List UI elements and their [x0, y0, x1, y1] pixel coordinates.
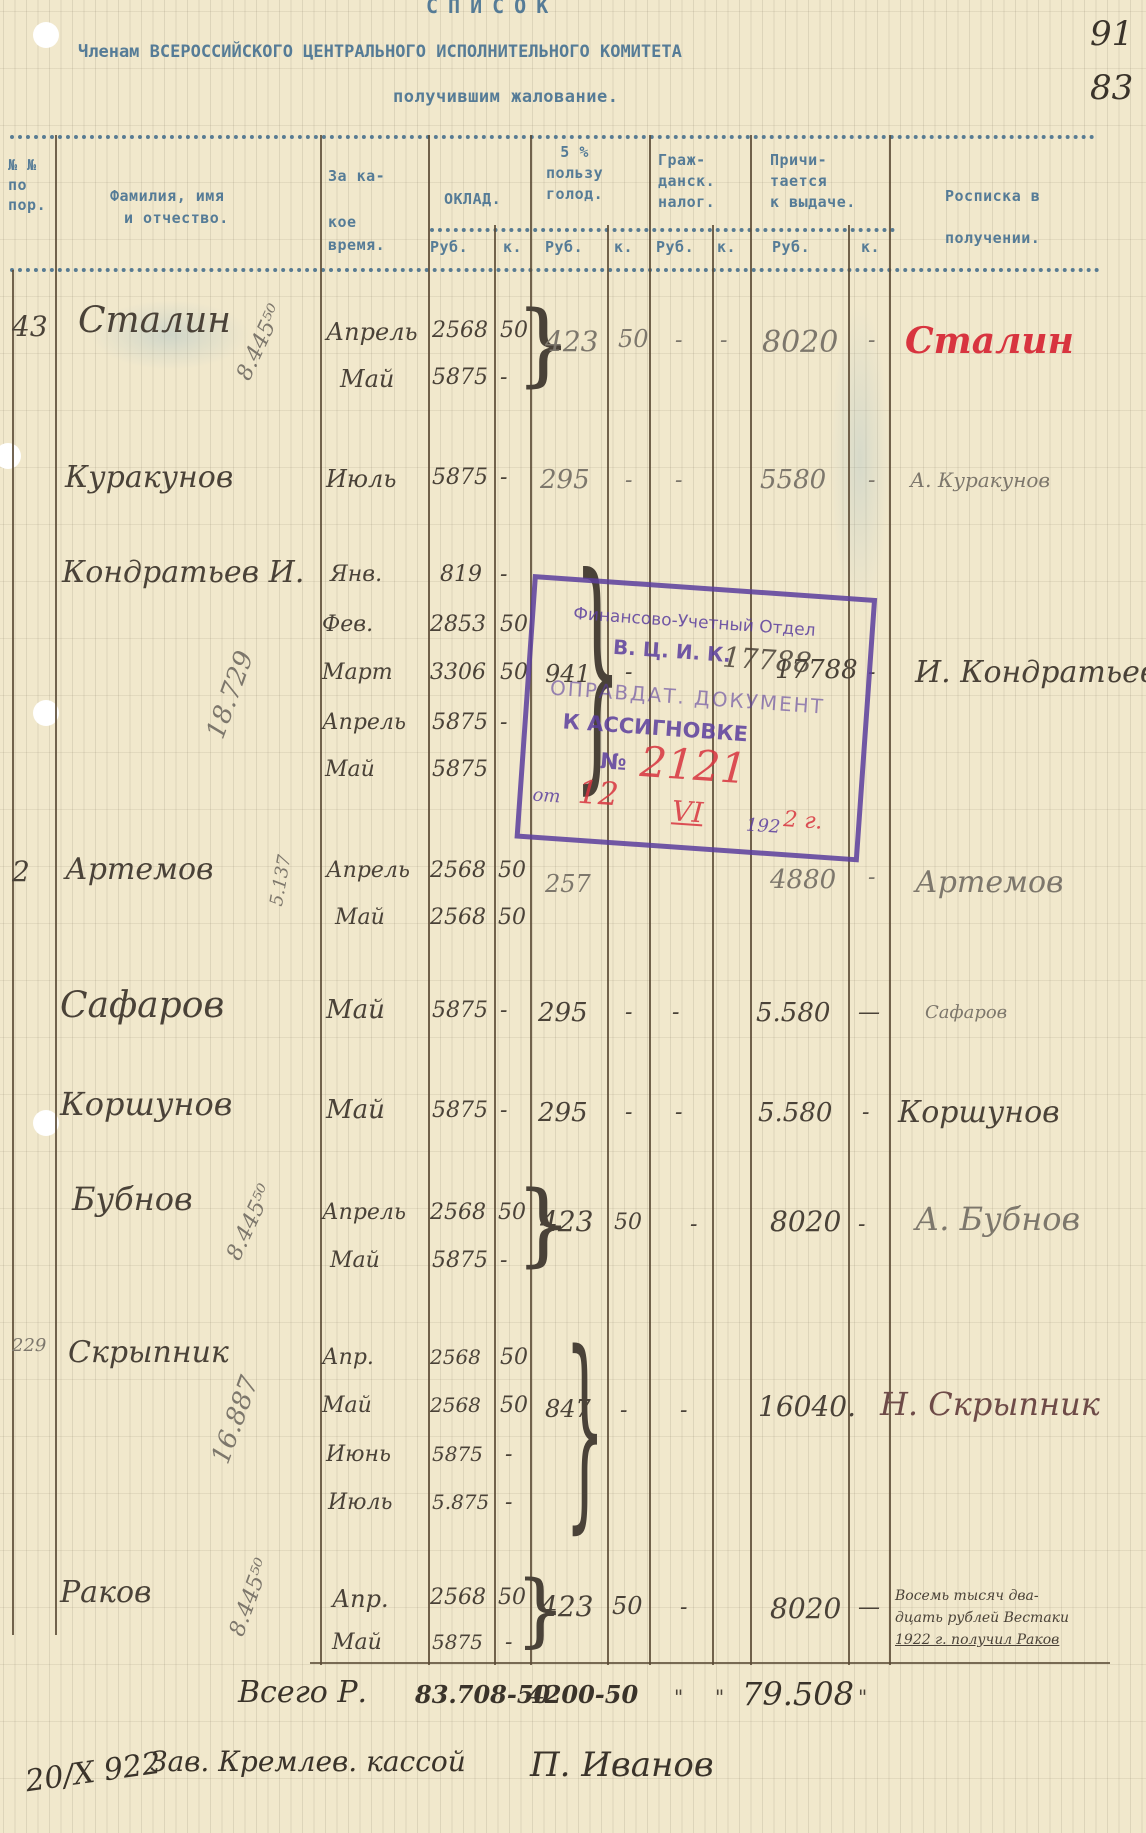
- receipt-signature: А. Бубнов: [915, 1200, 1080, 1238]
- payable-rub: 8020: [762, 325, 838, 360]
- salary-rub: 5875: [432, 757, 488, 782]
- period: Янв.: [330, 562, 382, 587]
- salary-rub: 5875: [432, 465, 488, 490]
- subheader-kop: к.: [614, 238, 633, 256]
- payable-kop: -: [868, 865, 875, 890]
- payable-kop: —: [858, 1000, 880, 1025]
- stamp-handwritten-amount: 17788: [722, 640, 813, 679]
- col-divider: [12, 270, 14, 1635]
- salary-rub: 2568: [430, 905, 486, 930]
- col-divider: [55, 135, 57, 1635]
- col-divider: [649, 135, 651, 1665]
- subheader-rub: Руб.: [772, 238, 810, 256]
- salary-rub: 5875: [432, 1630, 483, 1654]
- subheader-kop: к.: [861, 238, 880, 256]
- famine-rub: 423: [545, 325, 598, 358]
- period: Май: [340, 365, 394, 393]
- period: Апрель: [322, 710, 406, 735]
- col-divider: [712, 225, 714, 1665]
- doc-subtitle-2: получившим жалование.: [393, 87, 618, 107]
- totals-label: Всего Р.: [238, 1675, 367, 1710]
- member-name: Раков: [60, 1575, 152, 1610]
- header-col-tax: Граж- данск. налог.: [658, 150, 715, 213]
- totals-famine: 4200-50: [528, 1680, 638, 1709]
- header-col-period: За ка- кое время.: [328, 165, 385, 257]
- member-name: Бубнов: [72, 1180, 193, 1218]
- member-name: Кондратьев И.: [62, 555, 304, 590]
- paper-sheet: [0, 0, 1146, 1833]
- salary-kop: 50: [498, 905, 526, 930]
- payable-kop: -: [862, 1100, 869, 1125]
- salary-kop: -: [500, 562, 507, 587]
- period: Июль: [326, 465, 396, 493]
- header-rule-bottom: [10, 268, 1100, 272]
- salary-rub: 5875: [432, 365, 488, 390]
- subheader-rub: Руб.: [545, 238, 583, 256]
- subheader-kop: к.: [503, 238, 522, 256]
- salary-kop: -: [505, 1442, 512, 1467]
- salary-rub: 2568: [432, 318, 488, 343]
- payable-kop: -: [858, 1212, 865, 1237]
- col-divider: [607, 225, 609, 1665]
- col-divider: [848, 225, 850, 1665]
- salary-kop: 50: [500, 660, 528, 685]
- punch-hole: [33, 22, 59, 48]
- stamp-year-value: 2 г.: [783, 807, 824, 835]
- signer-signature: П. Иванов: [530, 1745, 714, 1785]
- famine-kop: 50: [614, 1210, 642, 1235]
- salary-kop: -: [505, 1630, 512, 1655]
- stamp-number-value: 2121: [638, 737, 748, 793]
- period: Фев.: [322, 612, 373, 637]
- receipt-signature: И. Кондратьев: [915, 655, 1146, 690]
- salary-rub: 5.875: [432, 1490, 489, 1514]
- famine-kop: 50: [618, 325, 649, 353]
- famine-kop: 50: [612, 1592, 643, 1620]
- header-col-famine: 5 % пользу голод.: [546, 142, 603, 205]
- famine-rub: 423: [540, 1590, 593, 1623]
- col-divider: [494, 225, 496, 1665]
- totals-tax: ": [674, 1685, 683, 1709]
- col-divider: [428, 135, 430, 1665]
- period: Май: [326, 995, 385, 1025]
- period: Апр.: [322, 1345, 374, 1370]
- salary-rub: 5875: [432, 1098, 488, 1123]
- tax-kop: -: [720, 328, 727, 353]
- salary-kop: 50: [500, 1345, 528, 1370]
- payable-rub: 8020: [770, 1592, 841, 1625]
- col-divider: [320, 135, 322, 1665]
- stamp-line-1: Финансово-Учетный Отдел: [573, 604, 817, 641]
- payable-rub: 16040.: [758, 1390, 856, 1423]
- famine-rub: 847: [545, 1395, 591, 1423]
- stamp-year-label: 192: [745, 814, 781, 837]
- famine-rub: 295: [538, 998, 588, 1028]
- salary-rub: 2853: [430, 612, 486, 637]
- member-name: Артемов: [65, 852, 214, 887]
- period: Май: [332, 1630, 382, 1655]
- stamp-date-month: VI: [671, 794, 705, 829]
- tax-rub: -: [680, 1398, 687, 1423]
- salary-rub: 2568: [430, 1345, 481, 1369]
- finance-stamp: Финансово-Учетный Отдел В. Ц. И. К. 1778…: [515, 574, 878, 862]
- receipt-signature: Коршунов: [898, 1095, 1060, 1130]
- header-col-name: Фамилия, имя и отчество.: [110, 185, 229, 229]
- famine-kop: -: [625, 468, 632, 493]
- archive-number-bottom: 83: [1090, 68, 1133, 108]
- header-rule-top: [10, 135, 1095, 139]
- stamp-date-day: 12: [577, 773, 620, 814]
- receipt-note: Восемь тысяч два- дцать рублей Вестаки 1…: [895, 1585, 1069, 1651]
- tax-rub: -: [675, 468, 682, 493]
- period: Март: [322, 660, 393, 685]
- period: Апрель: [326, 858, 410, 883]
- member-name: Сафаров: [60, 985, 224, 1026]
- salary-kop: 50: [500, 612, 528, 637]
- period: Май: [322, 1393, 372, 1418]
- receipt-signature: А. Куракунов: [910, 468, 1050, 492]
- payable-kop: -: [868, 468, 875, 493]
- salary-rub: 5875: [432, 998, 488, 1023]
- period: Апрель: [322, 1200, 406, 1225]
- tax-rub: -: [690, 1212, 697, 1237]
- header-rule-sub: [430, 228, 895, 232]
- receipt-signature: Сталин: [905, 320, 1074, 362]
- famine-rub: 423: [540, 1205, 593, 1238]
- payable-kop: —: [858, 1595, 880, 1620]
- tax-rub: -: [675, 1100, 682, 1125]
- stamp-line-2: В. Ц. И. К.: [612, 635, 732, 667]
- payable-rub: 5.580: [758, 1098, 832, 1128]
- salary-rub: 5875: [432, 710, 488, 735]
- header-col-payable: Причи- тается к выдаче.: [770, 150, 856, 213]
- member-name: Скрыпник: [68, 1335, 229, 1370]
- period: Май: [335, 905, 385, 930]
- salary-rub: 5875: [432, 1248, 488, 1273]
- famine-kop: -: [625, 1100, 632, 1125]
- totals-rule: [310, 1662, 1110, 1664]
- salary-rub: 3306: [430, 660, 486, 685]
- salary-kop: 50: [500, 1393, 528, 1418]
- famine-rub: 295: [540, 465, 590, 495]
- subheader-kop: к.: [717, 238, 736, 256]
- period: Май: [330, 1248, 380, 1273]
- tax-rub: -: [675, 328, 682, 353]
- salary-rub: 2568: [430, 1393, 481, 1417]
- totals-tax-2: ": [715, 1685, 724, 1709]
- period: Май: [325, 757, 375, 782]
- salary-kop: -: [505, 1490, 512, 1515]
- member-name: Коршунов: [60, 1085, 232, 1123]
- payable-kop: -: [868, 328, 875, 353]
- col-divider: [750, 135, 752, 1665]
- stamp-date-label: от: [532, 785, 561, 808]
- salary-kop: -: [500, 1098, 507, 1123]
- receipt-signature: Сафаров: [925, 1002, 1007, 1023]
- payable-rub: 5580: [760, 465, 826, 495]
- member-name: Куракунов: [65, 460, 233, 495]
- stamp-number-label: №: [599, 749, 627, 776]
- salary-rub: 2568: [430, 858, 486, 883]
- period: Июль: [328, 1490, 393, 1515]
- payable-rub: 4880: [770, 865, 836, 895]
- salary-rub: 819: [440, 562, 482, 587]
- salary-rub: 2568: [430, 1200, 486, 1225]
- tax-rub: -: [680, 1595, 687, 1620]
- salary-kop: -: [500, 710, 507, 735]
- payable-rub: 8020: [770, 1205, 841, 1238]
- brace: }: [565, 1325, 605, 1535]
- row-number: 2: [12, 855, 30, 888]
- header-col-receipt: Роспиcка в получении.: [945, 175, 1040, 259]
- period: Апрель: [326, 318, 418, 346]
- famine-kop: -: [625, 1000, 632, 1025]
- signer-title: Зав. Кремлев. кассой: [150, 1745, 466, 1778]
- subheader-rub: Руб.: [430, 238, 468, 256]
- famine-rub: 257: [545, 870, 591, 898]
- totals-payable: 79.508: [742, 1675, 854, 1713]
- period: Апр.: [332, 1585, 389, 1613]
- doc-title: СПИСОК: [426, 0, 558, 18]
- salary-kop: -: [500, 998, 507, 1023]
- receipt-signature: Н. Скрыпник: [880, 1385, 1100, 1423]
- archive-number-top: 91: [1090, 14, 1133, 54]
- salary-kop: 50: [498, 858, 526, 883]
- salary-rub: 2568: [430, 1585, 486, 1610]
- famine-kop: -: [620, 1398, 627, 1423]
- salary-rub: 5875: [432, 1442, 483, 1466]
- member-name: Сталин: [78, 300, 231, 341]
- totals-payable-kop: ": [858, 1685, 867, 1709]
- period: Июнь: [326, 1442, 391, 1467]
- salary-kop: -: [500, 1248, 507, 1273]
- row-number: 43: [12, 310, 48, 343]
- salary-kop: -: [500, 465, 507, 490]
- doc-subtitle: Членам ВСЕРОССИЙСКОГО ЦЕНТРАЛЬНОГО ИСПОЛ…: [78, 42, 682, 62]
- header-col-no: № № по пор.: [8, 155, 46, 215]
- header-col-salary: ОКЛАД.: [444, 190, 501, 208]
- payable-rub: 5.580: [756, 998, 830, 1028]
- famine-rub: 295: [538, 1098, 588, 1128]
- period: Май: [326, 1095, 385, 1125]
- subheader-rub: Руб.: [656, 238, 694, 256]
- tax-rub: -: [672, 1000, 679, 1025]
- col-divider: [889, 135, 891, 1665]
- salary-kop: -: [500, 365, 507, 390]
- row-number: 229: [12, 1335, 46, 1356]
- receipt-signature: Артемов: [915, 865, 1064, 900]
